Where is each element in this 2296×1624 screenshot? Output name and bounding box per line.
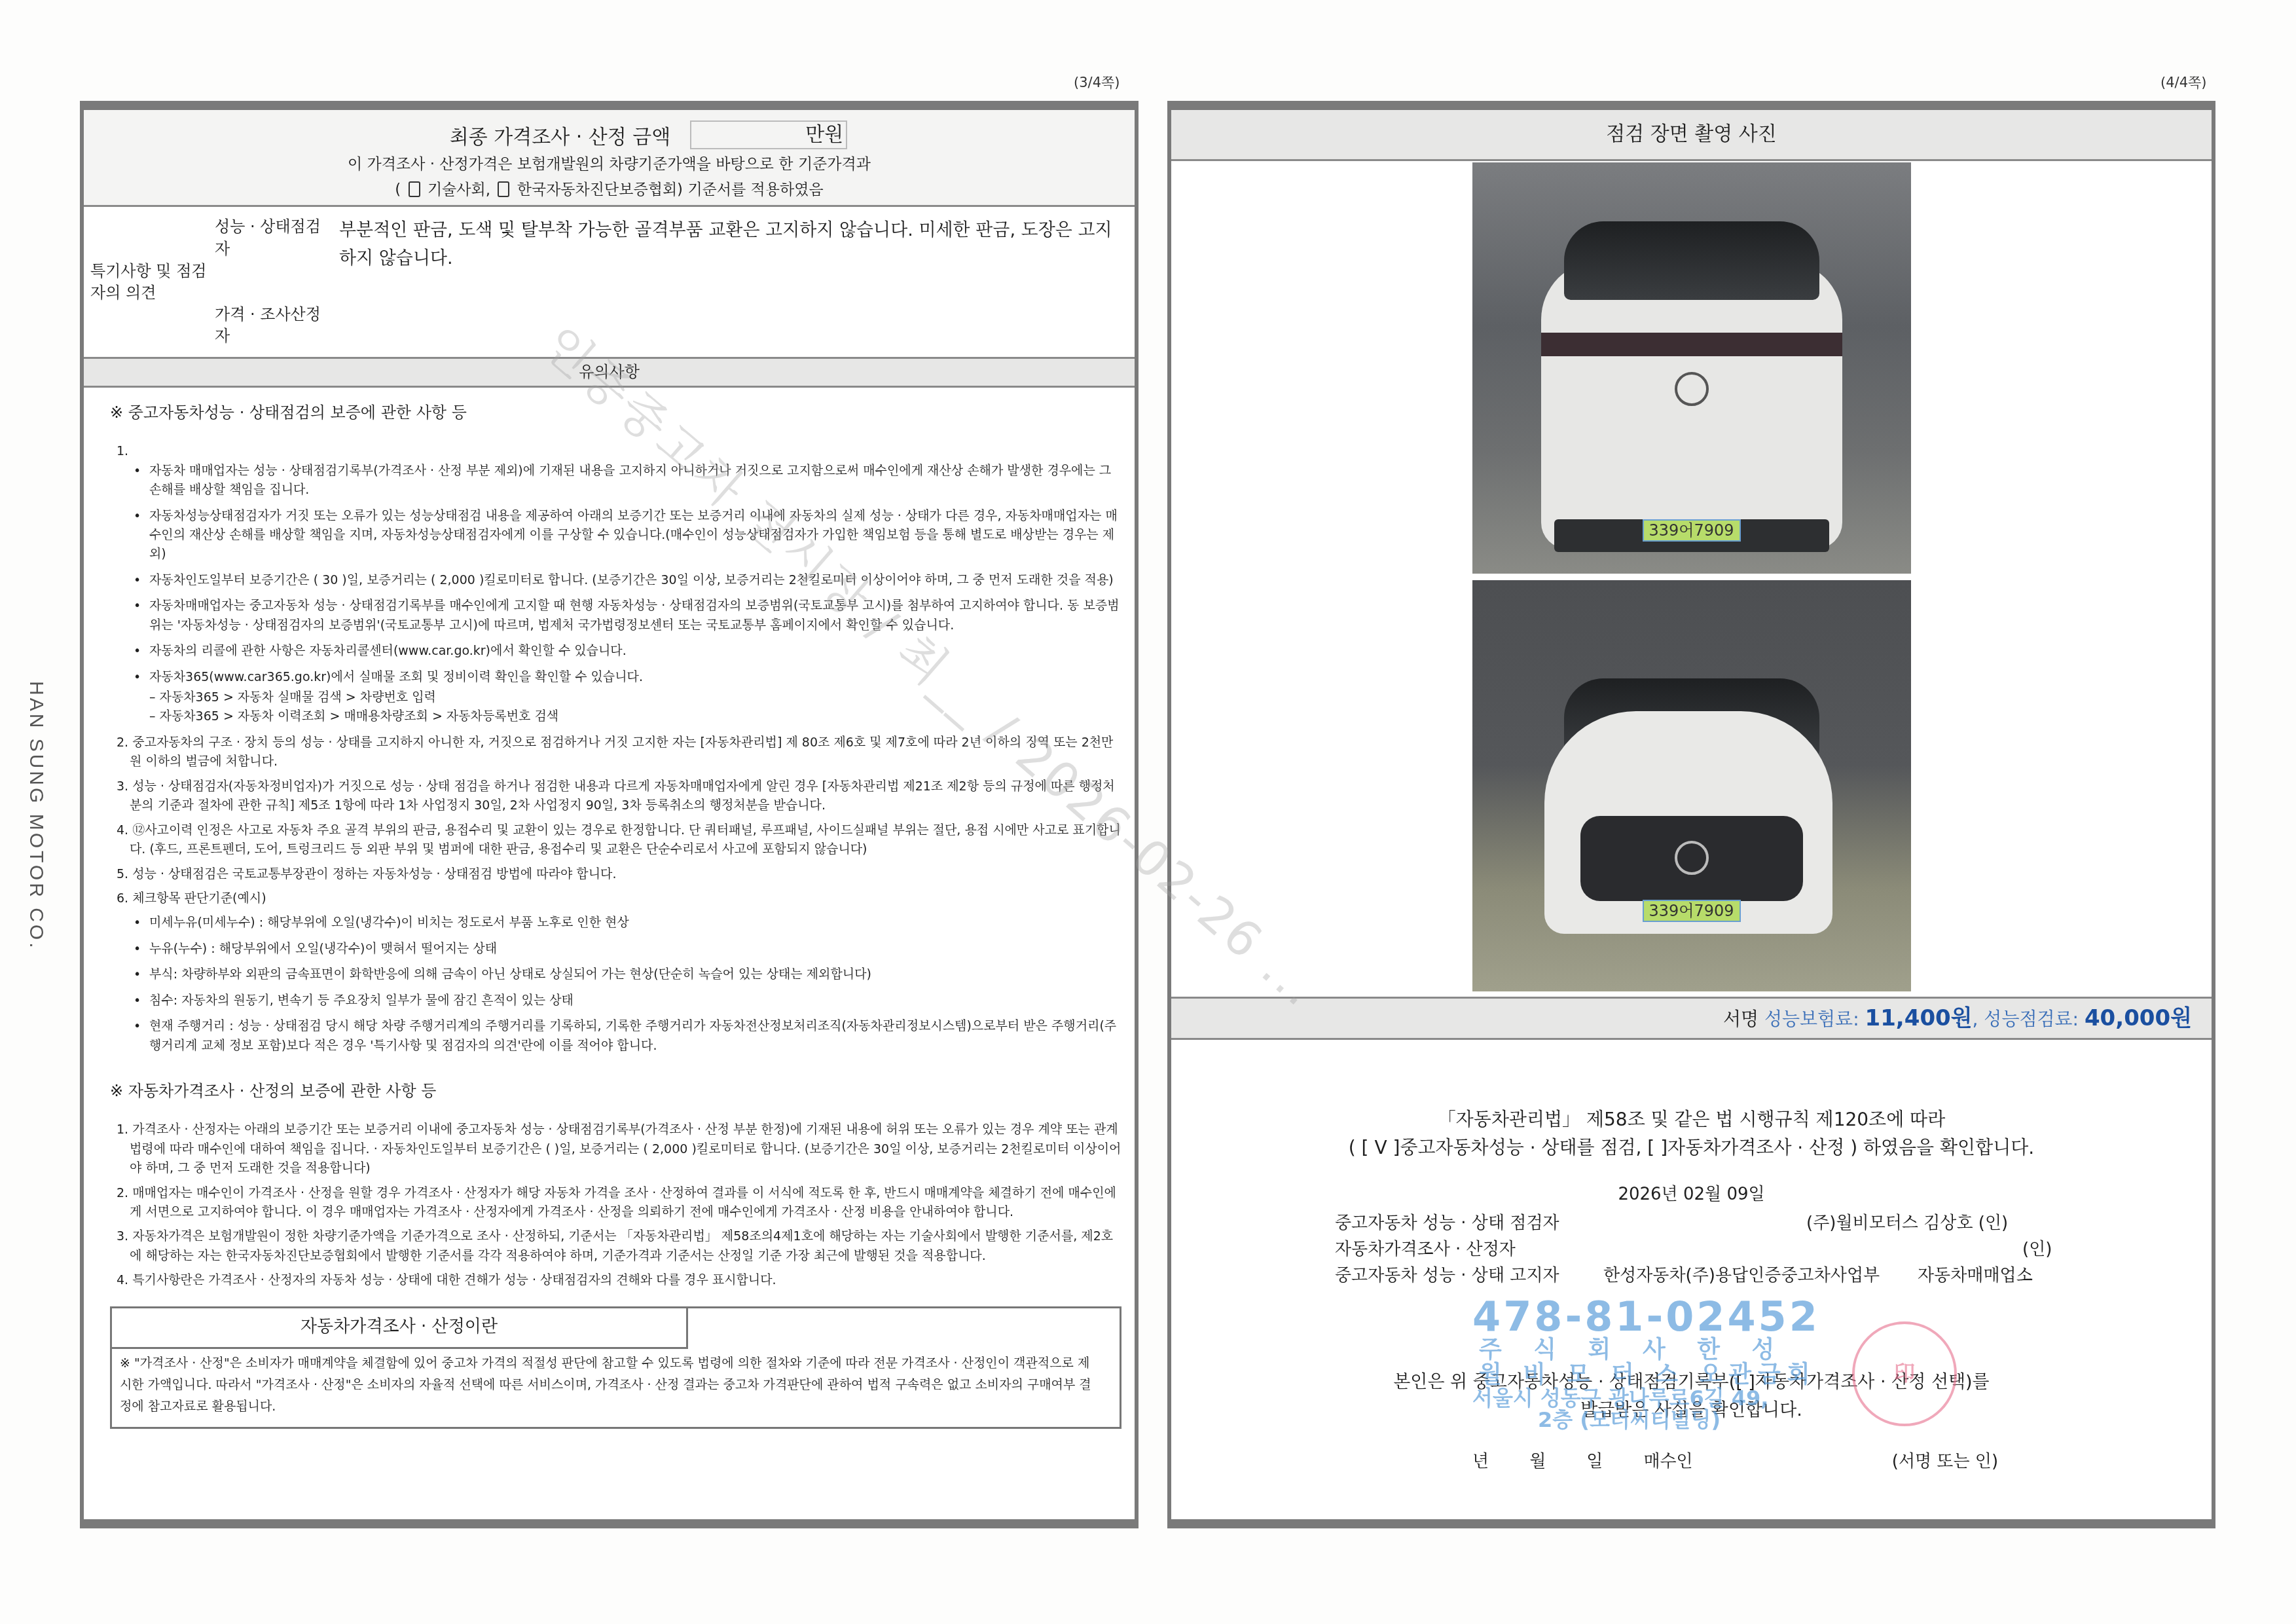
notice-item: 5. 성능 · 상태점검은 국토교통부장관이 정하는 자동차성능 · 상태점검 … (117, 865, 1121, 884)
license-plate: 339어7909 (1643, 519, 1741, 542)
day-field[interactable]: 일 (1586, 1448, 1603, 1472)
inspector-label: 성능 · 상태점검자 (215, 216, 333, 260)
definition-text: ※ "가격조사 · 산정"은 소비자가 매매계약을 체결함에 있어 중고차 가격… (112, 1349, 1120, 1428)
criteria-bullet: 미세누유(미세누수) : 해당부위에 오일(냉각수)이 비치는 정도로서 부품 … (149, 913, 1121, 932)
notice-bullet: 자동차의 리콜에 관한 사항은 자동차리콜센터(www.car.go.kr)에서… (149, 642, 1121, 661)
insurance-fee-label: 성능보험료: (1764, 1008, 1859, 1030)
company-side-label: HAN SUNG MOTOR CO. (25, 681, 47, 950)
appraisal-notice-item: 1. 가격조사 · 산정자는 아래의 보증기간 또는 보증거리 이내에 중고자동… (117, 1120, 1121, 1178)
signer-role: 자동차가격조사 · 산정자 (1335, 1236, 1610, 1263)
item1-sublines: – 자동차365 > 자동차 실매물 검색 > 차량번호 입력– 자동차365 … (149, 688, 1121, 727)
insurance-fee-value: 11,400원 (1865, 1005, 1973, 1031)
signature-label: 서명 (1723, 1008, 1758, 1030)
section1-title: ※ 중고자동차성능 · 상태점검의 보증에 관한 사항 등 (110, 401, 1121, 425)
item1-bullets: 자동차 매매업자는 성능 · 상태점검기록부(가격조사 · 산정 부분 제외)에… (149, 462, 1121, 687)
buyer-confirmation-line-2: 발급받은 사실을 확인합니다. (1171, 1396, 2212, 1424)
issue-date: 2026년 02월 09일 (1171, 1181, 2212, 1205)
mercedes-emblem-icon (1675, 841, 1709, 875)
checkbox-engineering-society[interactable] (409, 181, 420, 197)
notice-bullet: 자동차365(www.car365.go.kr)에서 실매물 조회 및 정비이력… (149, 668, 1121, 687)
notice-body: ※ 중고자동차성능 · 상태점검의 보증에 관한 사항 등 1. 자동차 매매업… (84, 388, 1135, 1291)
signer-inspector: 중고자동차 성능 · 상태 점검자 (주)월비모터스 김상호 (인) (1335, 1210, 2212, 1236)
appraiser-label: 가격 · 조사산정자 (215, 304, 333, 348)
notice-subline: – 자동차365 > 자동차 이력조회 > 매매용차량조회 > 자동차등록번호 … (149, 707, 1121, 726)
stamp-reg-number: 478-81-02452 (1472, 1295, 1820, 1338)
notice-bullet: 자동차 매매업자는 성능 · 상태점검기록부(가격조사 · 산정 부분 제외)에… (149, 462, 1121, 500)
confirmation-line-2: ( [ V ]중고자동차성능 · 상태를 점검, [ ]자동차가격조사 · 산정… (1171, 1134, 2212, 1162)
paren: ( (395, 181, 401, 198)
law-confirmation: 「자동차관리법」 제58조 및 같은 법 시행규칙 제120조에 따라 ( [ … (1171, 1105, 2212, 1162)
option-diagnosis-association: 한국자동차진단보증협회) 기준서를 적용하였음 (517, 181, 824, 198)
signer-value: (주)월비모터스 김상호 (인) (1806, 1210, 2212, 1236)
confirmation-line-1: 「자동차관리법」 제58조 및 같은 법 시행규칙 제120조에 따라 (1171, 1105, 2212, 1134)
signer-value: 자동차매매업소 (1918, 1263, 2212, 1289)
rear-view-photo: 339어7909 (1472, 162, 1911, 574)
section2-title: ※ 자동차가격조사 · 산정의 보증에 관한 사항 등 (110, 1079, 1121, 1103)
appraisal-notice-item: 3. 자동차가격은 보험개발원이 정한 차량기준가액을 기준가격으로 조사 · … (117, 1227, 1121, 1266)
taillight-bar (1541, 333, 1842, 356)
criteria-bullet: 부식: 차량하부와 외판의 금속표면이 화학반응에 의해 금속이 아닌 상태로 … (149, 965, 1121, 984)
final-price-field[interactable]: 만원 (690, 120, 847, 149)
final-price-section: 최종 가격조사 · 산정 금액 만원 이 가격조사 · 산정가격은 보험개발원의… (84, 110, 1135, 207)
criteria-options: ( 기술사회, 한국자동차진단보증협회) 기준서를 적용하였음 (84, 177, 1135, 199)
separator: , (1973, 1008, 1978, 1030)
mercedes-emblem-icon (1675, 372, 1709, 406)
page-number-left: (3/4쪽) (1074, 72, 1120, 92)
page-4: 점검 장면 촬영 사진 339어7909 339어7909 서명 성능보험료: … (1167, 101, 2215, 1528)
notice-item: 6. 체크항목 판단기준(예시) (117, 889, 1121, 908)
sign-hint: (서명 또는 인) (1892, 1448, 1998, 1472)
signer-role: 중고자동차 성능 · 상태 고지자 (1335, 1263, 1610, 1289)
seal-stamp: 印 (1852, 1321, 1957, 1426)
notice-subline: – 자동차365 > 자동차 실매물 검색 > 차량번호 입력 (149, 688, 1121, 707)
notice-bullet: 자동차인도일부터 보증기간은 ( 30 )일, 보증거리는 ( 2,000 )킬… (149, 571, 1121, 590)
checkbox-diagnosis-association[interactable] (498, 181, 509, 197)
page-number-right: (4/4쪽) (2160, 72, 2206, 92)
photo-section-title: 점검 장면 촬영 사진 (1171, 110, 2212, 161)
notice-bullet: 자동차성능상태점검자가 거짓 또는 오류가 있는 성능상태점검 내용을 제공하여… (149, 507, 1121, 564)
signer-value: (인) (2022, 1236, 2212, 1263)
final-price-unit: 만원 (805, 123, 843, 146)
final-price-label: 최종 가격조사 · 산정 금액 (450, 120, 670, 149)
signer-role: 중고자동차 성능 · 상태 점검자 (1335, 1210, 1610, 1236)
appraisal-notice-item: 2. 매매업자는 매수인이 가격조사 · 산정을 원할 경우 가격조사 · 산정… (117, 1184, 1121, 1223)
signer-appraiser: 자동차가격조사 · 산정자 (인) (1335, 1236, 2212, 1263)
buyer-signature-row: 년 월 일 매수인 (서명 또는 인) (1472, 1448, 2212, 1472)
notice-item: 4. ⑫사고이력 인정은 사고로 자동차 주요 골격 부위의 판금, 용접수리 … (117, 821, 1121, 860)
opinion-section: 특기사항 및 점검자의 의견 성능 · 상태점검자 가격 · 조사산정자 부분적… (84, 207, 1135, 359)
item1-number: 1. (117, 442, 1121, 461)
front-view-photo: 339어7909 (1472, 580, 1911, 991)
buyer-signature-field[interactable] (1734, 1448, 1851, 1472)
notice-items: 2. 중고자동차의 구조 · 장치 등의 성능 · 상태를 고지하지 아니한 자… (117, 733, 1121, 909)
price-basis-text: 이 가격조사 · 산정가격은 보험개발원의 차량기준가액을 바탕으로 한 기준가… (84, 152, 1135, 174)
criteria-bullet: 누유(누수) : 해당부위에서 오일(냉각수)이 맺혀서 떨어지는 상태 (149, 940, 1121, 959)
signer-name (1610, 1236, 1944, 1263)
inspection-photos: 339어7909 339어7909 (1171, 161, 2212, 991)
signer-notifier: 중고자동차 성능 · 상태 고지자 한성자동차(주)용답인증중고차사업부 자동차… (1335, 1263, 2212, 1289)
buyer-confirmation-line-1: 본인은 위 중고자동차성능 · 상태점검기록부([ ]자동차가격조사 · 산정 … (1171, 1368, 2212, 1396)
month-field[interactable]: 월 (1529, 1448, 1546, 1472)
opinion-label: 특기사항 및 점검자의 의견 (84, 207, 208, 357)
inspection-fee-label: 성능점검료: (1984, 1008, 2079, 1030)
notice-bullet: 자동차매매업자는 중고자동차 성능 · 상태점검기록부를 매수인에게 고지할 때… (149, 597, 1121, 635)
criteria-bullet: 현재 주행거리 : 성능 · 상태점검 당시 해당 차량 주행거리계의 주행거리… (149, 1017, 1121, 1056)
signers-table: 중고자동차 성능 · 상태 점검자 (주)월비모터스 김상호 (인) 자동차가격… (1335, 1210, 2212, 1289)
inspection-fee-value: 40,000원 (2085, 1005, 2192, 1031)
section2-items: 1. 가격조사 · 산정자는 아래의 보증기간 또는 보증거리 이내에 중고자동… (117, 1120, 1121, 1291)
notice-item: 3. 성능 · 상태점검자(자동차정비업자)가 거짓으로 성능 · 상태 점검을… (117, 777, 1121, 816)
buyer-confirmation: 본인은 위 중고자동차성능 · 상태점검기록부([ ]자동차가격조사 · 산정 … (1171, 1368, 2212, 1424)
license-plate: 339어7909 (1643, 900, 1741, 922)
buyer-label: 매수인 (1643, 1448, 1692, 1472)
criteria-bullet: 침수: 자동차의 원동기, 변속기 등 주요장치 일부가 물에 잠긴 흔적이 있… (149, 991, 1121, 1010)
page-3: 최종 가격조사 · 산정 금액 만원 이 가격조사 · 산정가격은 보험개발원의… (80, 101, 1139, 1528)
notice-title: 유의사항 (84, 359, 1135, 388)
inspector-opinion-text: 부분적인 판금, 도색 및 탈부착 가능한 골격부품 교환은 고지하지 않습니다… (333, 207, 1135, 357)
year-field[interactable]: 년 (1472, 1448, 1489, 1472)
item6-bullets: 미세누유(미세누수) : 해당부위에 오일(냉각수)이 비치는 정도로서 부품 … (149, 913, 1121, 1056)
definition-box: 자동차가격조사 · 산정이란 ※ "가격조사 · 산정"은 소비자가 매매계약을… (110, 1306, 1121, 1430)
signer-name: 한성자동차(주)용답인증중고차사업부 (1603, 1263, 1944, 1289)
rear-window (1564, 221, 1819, 300)
appraisal-notice-item: 4. 특기사항란은 가격조사 · 산정자의 자동차 성능 · 상태에 대한 견해… (117, 1271, 1121, 1290)
notice-item: 2. 중고자동차의 구조 · 장치 등의 성능 · 상태를 고지하지 아니한 자… (117, 733, 1121, 772)
stamp-line: 주 식 회 사 한 성 (1479, 1338, 1820, 1363)
fee-band: 서명 성능보험료: 11,400원, 성능점검료: 40,000원 (1171, 997, 2212, 1040)
option-engineering-society: 기술사회, (428, 181, 490, 198)
definition-title: 자동차가격조사 · 산정이란 (112, 1308, 688, 1349)
